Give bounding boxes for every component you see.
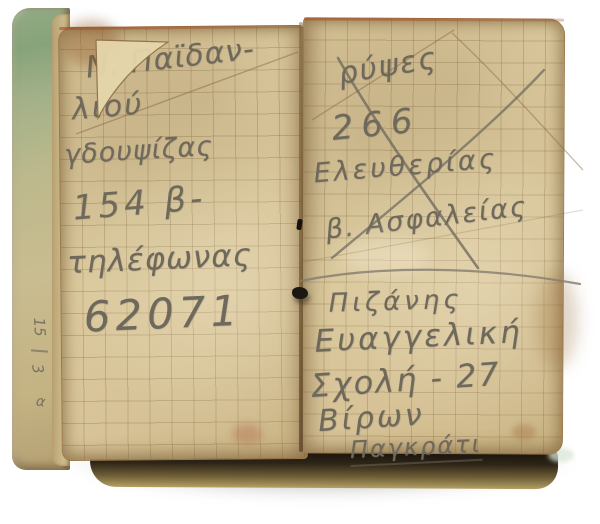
handwriting-line: β. Ασφαλείας bbox=[324, 191, 529, 245]
handwriting-line: λιού bbox=[71, 87, 145, 128]
handwriting-line: ρύψες bbox=[336, 41, 440, 92]
handwriting-line: 154 β- bbox=[71, 178, 207, 228]
left-page: Ν. Παϊδαν- λιού γδουψίζας 154 β- τηλέφων… bbox=[58, 25, 308, 461]
handwriting-line-underlined: Παγκράτι bbox=[349, 430, 482, 467]
notebook-photo: 15 3 α Ν. Παϊδαν- λιού γδουψίζας 154 β- … bbox=[0, 0, 600, 524]
binding-staple bbox=[292, 287, 308, 299]
handwriting-line: Ευαγγελική bbox=[314, 314, 524, 360]
handwriting-line: 266 bbox=[330, 100, 422, 149]
handwriting-line: Ελευθερίας bbox=[312, 143, 498, 189]
handwriting-line: γδουψίζας bbox=[63, 131, 214, 171]
binding-seam bbox=[299, 22, 303, 452]
handwriting-line: Πιζάνης bbox=[328, 285, 463, 319]
handwriting-phone-number: 62071 bbox=[83, 286, 244, 342]
right-page: ρύψες 266 Ελευθερίας β. Ασφαλείας Πιζάνη… bbox=[301, 17, 565, 454]
handwriting-line: Ν. Παϊδαν- bbox=[84, 32, 257, 86]
handwriting-line-telephone: τηλέφωνας bbox=[66, 237, 252, 281]
margin-note-top: 15 bbox=[30, 317, 49, 337]
